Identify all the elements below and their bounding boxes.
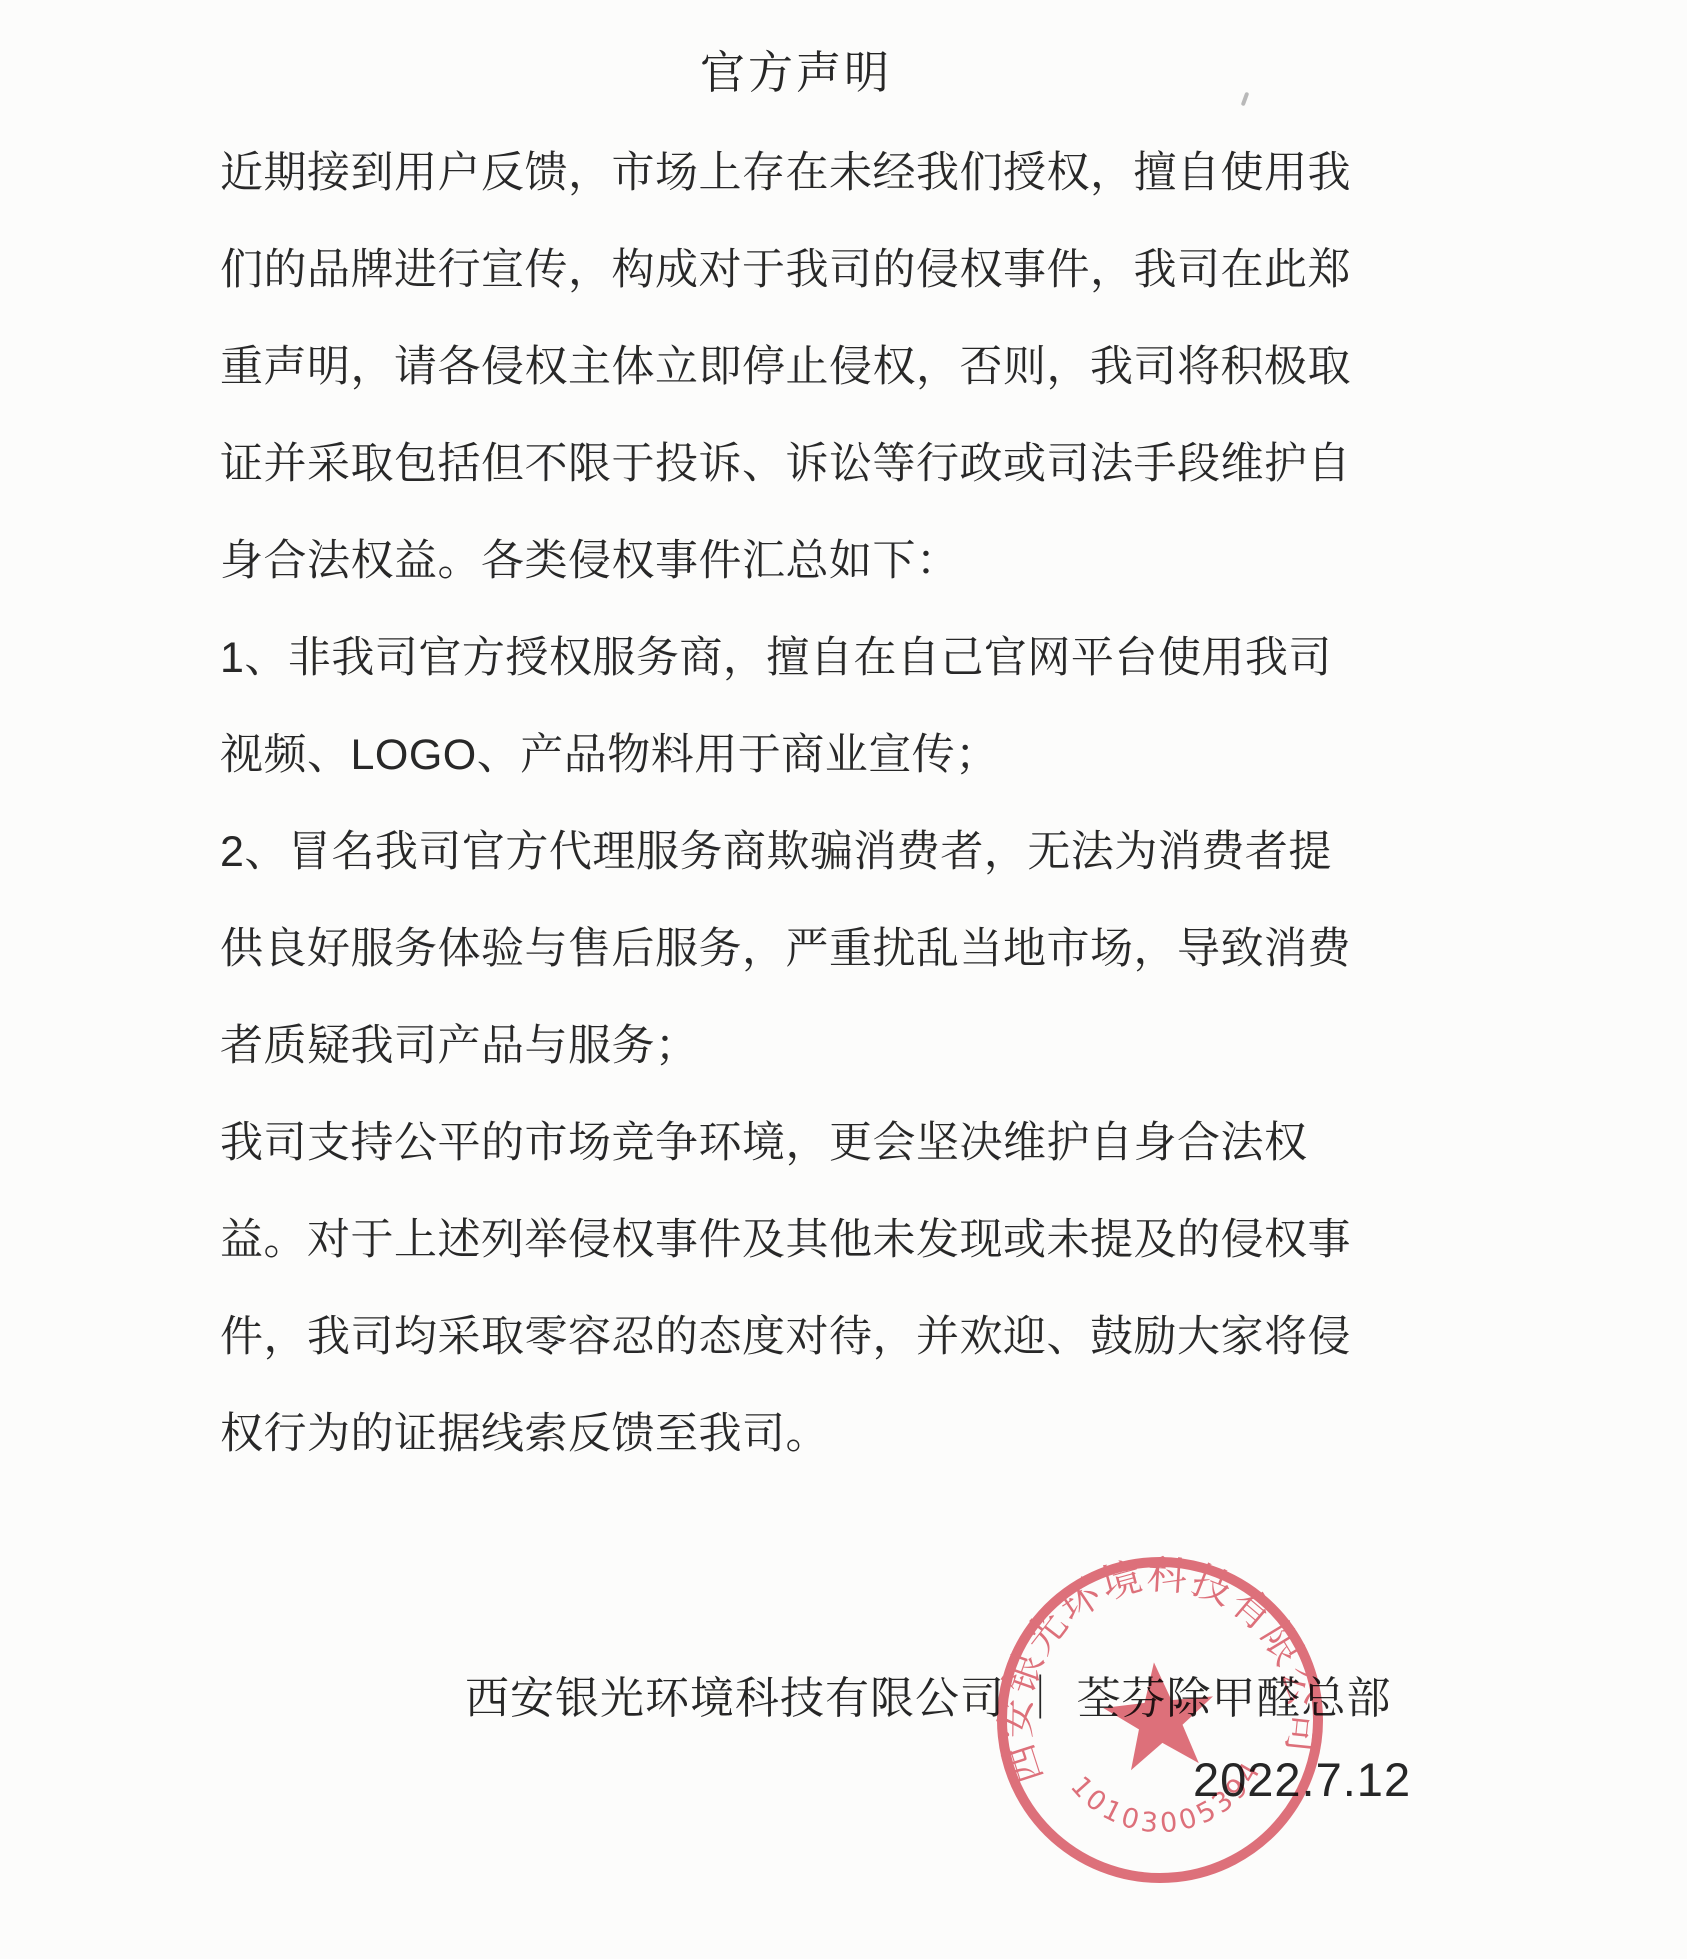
body-line: 者质疑我司产品与服务； — [220, 998, 1460, 1095]
body-line: 供良好服务体验与售后服务，严重扰乱当地市场，导致消费 — [220, 901, 1460, 998]
body-line: 证并采取包括但不限于投诉、诉讼等行政或司法手段维护自 — [220, 416, 1460, 513]
body-line: 件，我司均采取零容忍的态度对待，并欢迎、鼓励大家将侵 — [220, 1289, 1460, 1386]
body-line-list-item-1: 1、非我司官方授权服务商，擅自在自己官网平台使用我司 — [220, 610, 1460, 707]
page-title: 官方声明 — [700, 36, 892, 101]
statement-body: 近期接到用户反馈，市场上存在未经我们授权，擅自使用我 们的品牌进行宣传，构成对于… — [220, 125, 1460, 1483]
body-line: 重声明，请各侵权主体立即停止侵权，否则，我司将积极取 — [220, 319, 1460, 416]
body-line: 身合法权益。各类侵权事件汇总如下： — [220, 513, 1460, 610]
official-statement-document: 官方声明 近期接到用户反馈，市场上存在未经我们授权，擅自使用我 们的品牌进行宣传… — [0, 0, 1687, 1959]
body-line: 益。对于上述列举侵权事件及其他未发现或未提及的侵权事 — [220, 1192, 1460, 1289]
body-line: 近期接到用户反馈，市场上存在未经我们授权，擅自使用我 — [220, 125, 1460, 222]
body-line: 们的品牌进行宣传，构成对于我司的侵权事件，我司在此郑 — [220, 222, 1460, 319]
body-line-list-item-2: 2、冒名我司官方代理服务商欺骗消费者，无法为消费者提 — [220, 804, 1460, 901]
seal-star-icon — [1099, 1657, 1220, 1773]
body-line: 视频、LOGO、产品物料用于商业宣传； — [220, 707, 1460, 804]
scan-artifact — [1241, 92, 1250, 107]
body-line: 权行为的证据线索反馈至我司。 — [220, 1386, 1460, 1483]
company-seal-stamp: 西安银光环境科技有限公司 6101030053941 — [975, 1535, 1344, 1904]
body-line: 我司支持公平的市场竞争环境，更会坚决维护自身合法权 — [220, 1095, 1460, 1192]
